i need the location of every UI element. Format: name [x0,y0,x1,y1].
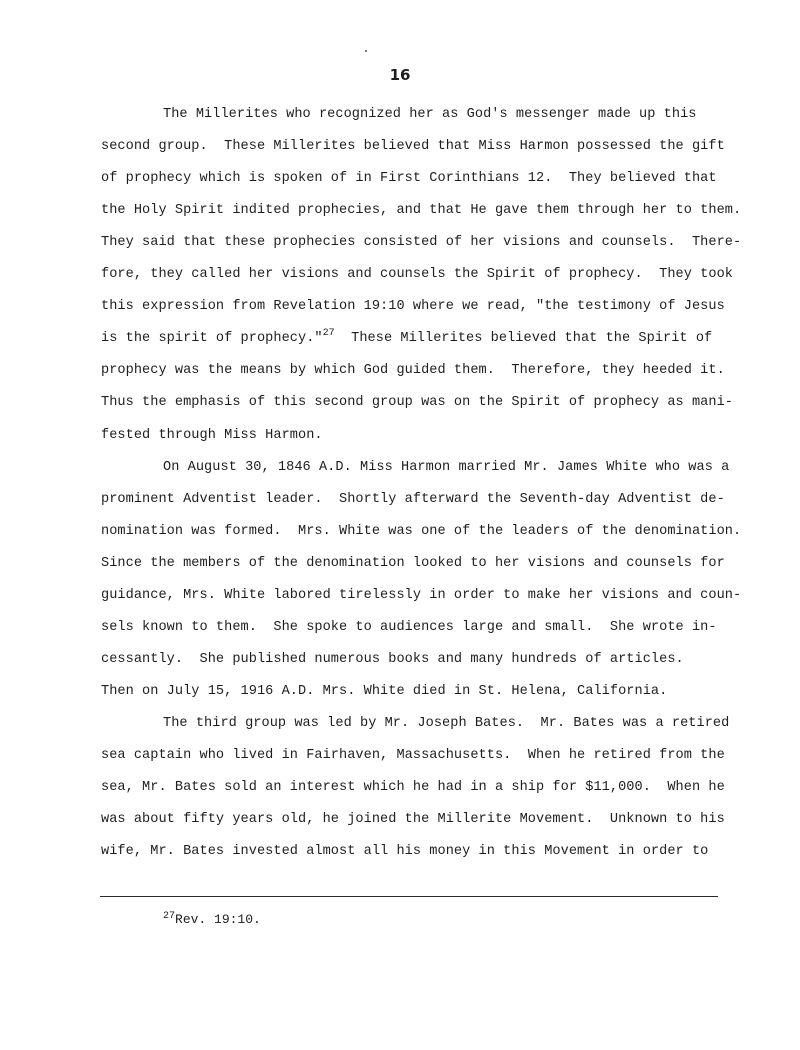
line-text: The third group was led by Mr. Joseph Ba… [163,716,729,731]
text-line: was about fifty years old, he joined the… [101,811,725,829]
line-text: is the spirit of prophecy." [101,331,323,346]
text-line: prophecy was the means by which God guid… [101,362,725,380]
text-line: Then on July 15, 1916 A.D. Mrs. White di… [101,683,667,701]
line-text: The Millerites who recognized her as God… [163,107,697,122]
line-text: wife, Mr. Bates invested almost all his … [101,844,708,859]
line-text-continued: These Millerites believed that the Spiri… [335,331,713,346]
line-text: guidance, Mrs. White labored tirelessly … [101,588,741,603]
line-text: sels known to them. She spoke to audienc… [101,620,717,635]
footnote-separator [100,896,718,897]
scan-speck [365,50,367,52]
line-text: this expression from Revelation 19:10 wh… [101,299,725,314]
text-line: fested through Miss Harmon. [101,427,323,445]
line-text: prophecy was the means by which God guid… [101,363,725,378]
line-text: Thus the emphasis of this second group w… [101,395,733,410]
text-line: sea, Mr. Bates sold an interest which he… [101,779,725,797]
text-line: is the spirit of prophecy."27 These Mill… [101,330,712,348]
text-line: of prophecy which is spoken of in First … [101,170,717,188]
line-text: sea captain who lived in Fairhaven, Mass… [101,748,725,763]
text-line: second group. These Millerites believed … [101,138,725,156]
text-line: fore, they called her visions and counse… [101,266,733,284]
text-line: On August 30, 1846 A.D. Miss Harmon marr… [163,459,729,477]
text-line: nomination was formed. Mrs. White was on… [101,523,741,541]
line-text: Then on July 15, 1916 A.D. Mrs. White di… [101,684,667,699]
line-text: sea, Mr. Bates sold an interest which he… [101,780,725,795]
footnote-number: 27 [163,911,175,922]
line-text: They said that these prophecies consiste… [101,235,741,250]
line-text: second group. These Millerites believed … [101,139,725,154]
footnote-text: Rev. 19:10. [175,912,261,927]
text-line: cessantly. She published numerous books … [101,651,684,669]
line-text: nomination was formed. Mrs. White was on… [101,524,741,539]
line-text: the Holy Spirit indited prophecies, and … [101,203,741,218]
page-number: 16 [0,66,800,84]
footnote: 27Rev. 19:10. [163,912,261,927]
text-line: sels known to them. She spoke to audienc… [101,619,717,637]
line-text: Since the members of the denomination lo… [101,556,725,571]
text-line: The third group was led by Mr. Joseph Ba… [163,715,729,733]
line-text: of prophecy which is spoken of in First … [101,171,717,186]
text-line: sea captain who lived in Fairhaven, Mass… [101,747,725,765]
line-text: On August 30, 1846 A.D. Miss Harmon marr… [163,460,729,475]
text-line: The Millerites who recognized her as God… [163,106,697,124]
text-line: prominent Adventist leader. Shortly afte… [101,491,725,509]
text-line: wife, Mr. Bates invested almost all his … [101,843,708,861]
text-line: this expression from Revelation 19:10 wh… [101,298,725,316]
text-line: guidance, Mrs. White labored tirelessly … [101,587,741,605]
text-line: Since the members of the denomination lo… [101,555,725,573]
footnote-reference: 27 [323,328,335,339]
line-text: was about fifty years old, he joined the… [101,812,725,827]
text-line: the Holy Spirit indited prophecies, and … [101,202,741,220]
line-text: cessantly. She published numerous books … [101,652,684,667]
line-text: fore, they called her visions and counse… [101,267,733,282]
text-line: Thus the emphasis of this second group w… [101,394,733,412]
text-line: They said that these prophecies consiste… [101,234,741,252]
line-text: prominent Adventist leader. Shortly afte… [101,492,725,507]
line-text: fested through Miss Harmon. [101,428,323,443]
